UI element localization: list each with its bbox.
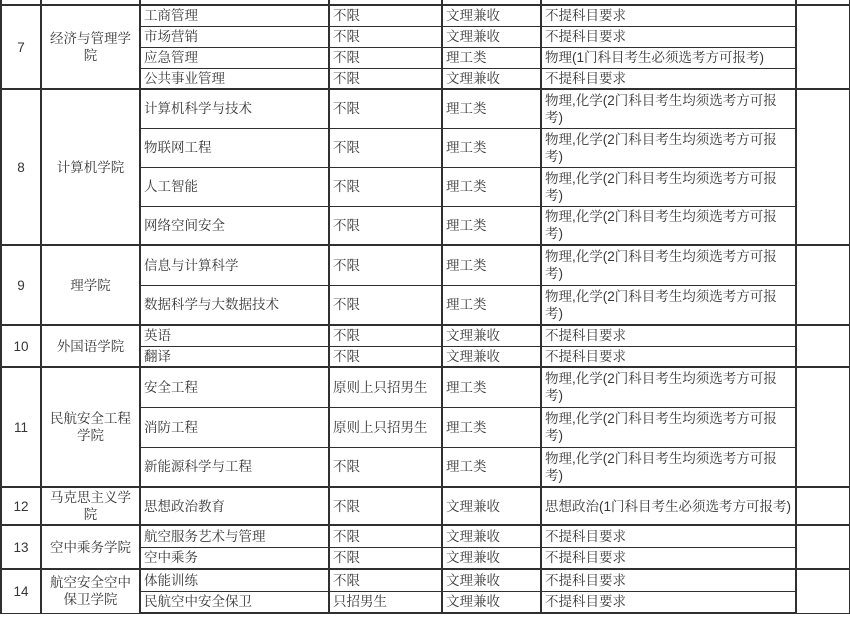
requirement-cell: 物理,化学(2门科目考生均须选考方可报考) xyxy=(541,447,796,487)
college-name: 外国语学院 xyxy=(41,325,140,367)
major-name: 翻译 xyxy=(140,346,329,367)
restriction-cell: 原则上只招男生 xyxy=(329,407,442,447)
restriction-cell: 只招男生 xyxy=(329,591,442,613)
college-name: 计算机学院 xyxy=(41,89,140,245)
restriction-cell: 不限 xyxy=(329,569,442,591)
restriction-cell: 原则上只招男生 xyxy=(329,367,442,407)
category-cell: 理工类 xyxy=(442,245,541,285)
category-cell: 理工类 xyxy=(442,206,541,245)
note-cell xyxy=(796,487,850,525)
requirement-cell: 不提科目要求 xyxy=(541,5,796,26)
restriction-cell: 不限 xyxy=(329,47,442,68)
note-cell xyxy=(796,367,850,487)
major-name: 空中乘务 xyxy=(140,547,329,569)
major-name: 物联网工程 xyxy=(140,128,329,167)
note-cell xyxy=(796,325,850,367)
requirement-cell: 物理,化学(2门科目考生均须选考方可报考) xyxy=(541,206,796,245)
college-number: 8 xyxy=(1,89,41,245)
admission-requirements-table: 7 经济与管理学院 工商管理 不限 文理兼收 不提科目要求 市场营销 不限 文理… xyxy=(0,0,850,614)
category-cell: 文理兼收 xyxy=(442,525,541,547)
requirement-cell: 不提科目要求 xyxy=(541,591,796,613)
major-name: 民航空中安全保卫 xyxy=(140,591,329,613)
restriction-cell: 不限 xyxy=(329,68,442,89)
requirement-cell: 物理,化学(2门科目考生均须选考方可报考) xyxy=(541,167,796,206)
category-cell: 理工类 xyxy=(442,167,541,206)
restriction-cell: 不限 xyxy=(329,206,442,245)
major-name: 应急管理 xyxy=(140,47,329,68)
note-cell xyxy=(796,5,850,89)
requirement-cell: 思想政治(1门科目考生必须选考方可报考) xyxy=(541,487,796,525)
major-name: 网络空间安全 xyxy=(140,206,329,245)
restriction-cell: 不限 xyxy=(329,487,442,525)
restriction-cell: 不限 xyxy=(329,325,442,346)
major-name: 消防工程 xyxy=(140,407,329,447)
major-name: 人工智能 xyxy=(140,167,329,206)
major-name: 航空服务艺术与管理 xyxy=(140,525,329,547)
restriction-cell: 不限 xyxy=(329,5,442,26)
requirement-cell: 物理,化学(2门科目考生均须选考方可报考) xyxy=(541,128,796,167)
college-number: 11 xyxy=(1,367,41,487)
restriction-cell: 不限 xyxy=(329,167,442,206)
category-cell: 文理兼收 xyxy=(442,487,541,525)
restriction-cell: 不限 xyxy=(329,447,442,487)
college-name: 马克思主义学院 xyxy=(41,487,140,525)
requirement-cell: 物理,化学(2门科目考生均须选考方可报考) xyxy=(541,285,796,325)
table-row: 10 外国语学院 英语 不限 文理兼收 不提科目要求 xyxy=(1,325,850,346)
category-cell: 文理兼收 xyxy=(442,325,541,346)
major-name: 新能源科学与工程 xyxy=(140,447,329,487)
category-cell: 理工类 xyxy=(442,89,541,128)
restriction-cell: 不限 xyxy=(329,89,442,128)
major-name: 体能训练 xyxy=(140,569,329,591)
college-name: 民航安全工程学院 xyxy=(41,367,140,487)
category-cell: 文理兼收 xyxy=(442,68,541,89)
requirement-cell: 不提科目要求 xyxy=(541,525,796,547)
requirement-cell: 物理,化学(2门科目考生均须选考方可报考) xyxy=(541,367,796,407)
restriction-cell: 不限 xyxy=(329,26,442,47)
table-row: 12 马克思主义学院 思想政治教育 不限 文理兼收 思想政治(1门科目考生必须选… xyxy=(1,487,850,525)
category-cell: 理工类 xyxy=(442,47,541,68)
table-row: 14 航空安全空中保卫学院 体能训练 不限 文理兼收 不提科目要求 xyxy=(1,569,850,591)
major-name: 工商管理 xyxy=(140,5,329,26)
requirement-cell: 不提科目要求 xyxy=(541,569,796,591)
college-name: 航空安全空中保卫学院 xyxy=(41,569,140,613)
restriction-cell: 不限 xyxy=(329,346,442,367)
requirement-cell: 物理,化学(2门科目考生均须选考方可报考) xyxy=(541,407,796,447)
college-name: 空中乘务学院 xyxy=(41,525,140,569)
note-cell xyxy=(796,525,850,569)
major-name: 市场营销 xyxy=(140,26,329,47)
category-cell: 理工类 xyxy=(442,447,541,487)
requirement-cell: 不提科目要求 xyxy=(541,26,796,47)
note-cell xyxy=(796,569,850,613)
requirement-cell: 物理(1门科目考生必须选考方可报考) xyxy=(541,47,796,68)
restriction-cell: 不限 xyxy=(329,285,442,325)
category-cell: 文理兼收 xyxy=(442,547,541,569)
restriction-cell: 不限 xyxy=(329,547,442,569)
table-row: 11 民航安全工程学院 安全工程 原则上只招男生 理工类 物理,化学(2门科目考… xyxy=(1,367,850,407)
requirement-cell: 物理,化学(2门科目考生均须选考方可报考) xyxy=(541,89,796,128)
major-name: 信息与计算科学 xyxy=(140,245,329,285)
table-row: 8 计算机学院 计算机科学与技术 不限 理工类 物理,化学(2门科目考生均须选考… xyxy=(1,89,850,128)
major-name: 思想政治教育 xyxy=(140,487,329,525)
college-number: 9 xyxy=(1,245,41,325)
college-name: 经济与管理学院 xyxy=(41,5,140,89)
category-cell: 理工类 xyxy=(442,407,541,447)
note-cell xyxy=(796,245,850,325)
requirement-cell: 不提科目要求 xyxy=(541,547,796,569)
major-name: 数据科学与大数据技术 xyxy=(140,285,329,325)
table-row: 7 经济与管理学院 工商管理 不限 文理兼收 不提科目要求 xyxy=(1,5,850,26)
college-number: 12 xyxy=(1,487,41,525)
major-name: 公共事业管理 xyxy=(140,68,329,89)
category-cell: 文理兼收 xyxy=(442,5,541,26)
major-name: 英语 xyxy=(140,325,329,346)
category-cell: 文理兼收 xyxy=(442,26,541,47)
college-number: 7 xyxy=(1,5,41,89)
requirement-cell: 不提科目要求 xyxy=(541,325,796,346)
requirement-cell: 不提科目要求 xyxy=(541,346,796,367)
college-number: 14 xyxy=(1,569,41,613)
major-name: 计算机科学与技术 xyxy=(140,89,329,128)
table-row: 9 理学院 信息与计算科学 不限 理工类 物理,化学(2门科目考生均须选考方可报… xyxy=(1,245,850,285)
requirement-cell: 物理,化学(2门科目考生均须选考方可报考) xyxy=(541,245,796,285)
category-cell: 文理兼收 xyxy=(442,591,541,613)
category-cell: 理工类 xyxy=(442,367,541,407)
category-cell: 理工类 xyxy=(442,285,541,325)
college-name: 理学院 xyxy=(41,245,140,325)
college-number: 10 xyxy=(1,325,41,367)
restriction-cell: 不限 xyxy=(329,128,442,167)
college-number: 13 xyxy=(1,525,41,569)
requirement-cell: 不提科目要求 xyxy=(541,68,796,89)
restriction-cell: 不限 xyxy=(329,525,442,547)
restriction-cell: 不限 xyxy=(329,245,442,285)
note-cell xyxy=(796,89,850,245)
category-cell: 理工类 xyxy=(442,128,541,167)
category-cell: 文理兼收 xyxy=(442,569,541,591)
category-cell: 文理兼收 xyxy=(442,346,541,367)
major-name: 安全工程 xyxy=(140,367,329,407)
table-row: 13 空中乘务学院 航空服务艺术与管理 不限 文理兼收 不提科目要求 xyxy=(1,525,850,547)
